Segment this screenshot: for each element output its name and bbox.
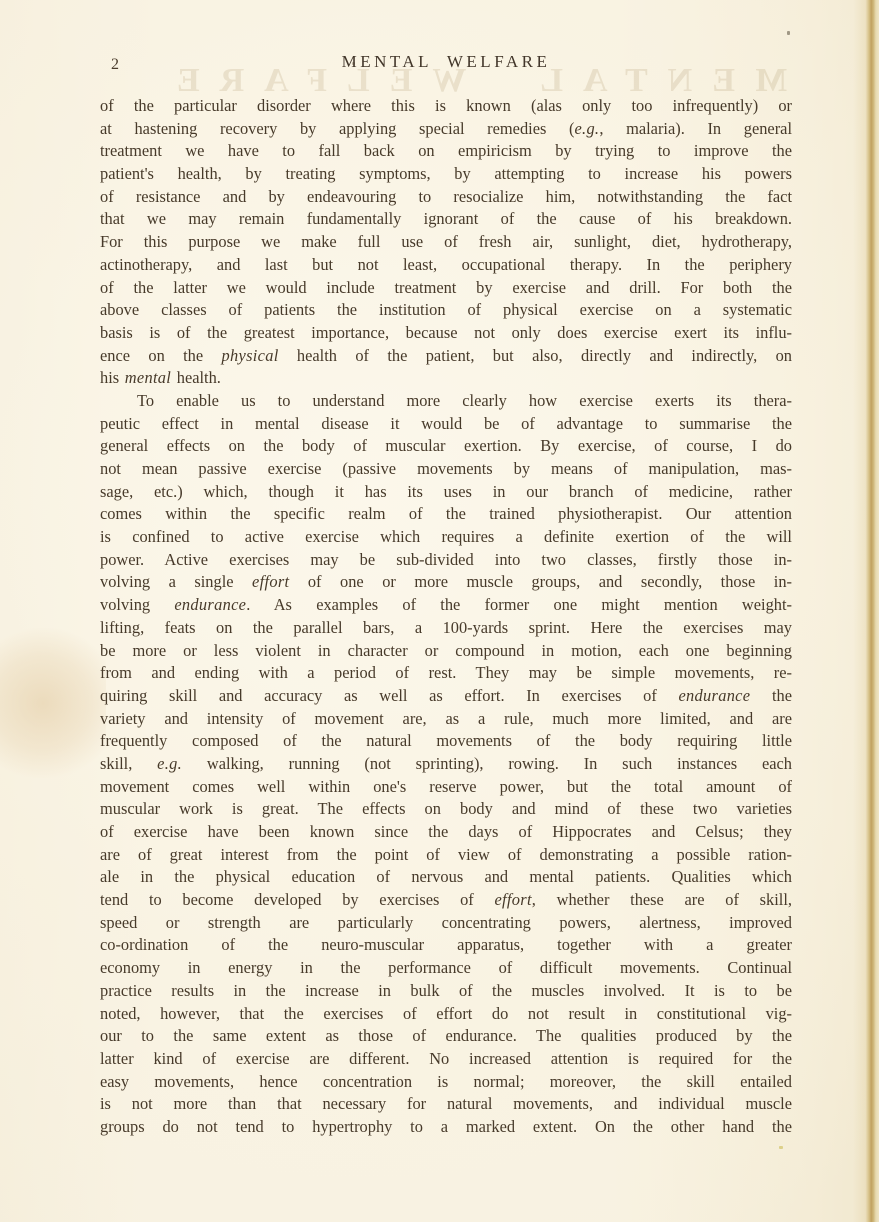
text-line: is not more than that necessary for natu… bbox=[100, 1093, 792, 1116]
running-header: MENTAL WELFARE bbox=[100, 52, 792, 72]
text-line: of resistance and by endeavouring to res… bbox=[100, 186, 792, 209]
paper-stain bbox=[0, 628, 106, 778]
page-fore-edge bbox=[853, 0, 879, 1222]
text-line: co-ordination of the neuro-muscular appa… bbox=[100, 934, 792, 957]
text-line: basis is of the greatest importance, bec… bbox=[100, 322, 792, 345]
text-line: economy in energy in the performance of … bbox=[100, 957, 792, 980]
text-line: that we may remain fundamentally ignoran… bbox=[100, 208, 792, 231]
text-line: movement comes well within one's reserve… bbox=[100, 776, 792, 799]
text-line: lifting, feats on the parallel bars, a 1… bbox=[100, 617, 792, 640]
text-line: not mean passive exercise (passive movem… bbox=[100, 458, 792, 481]
text-line: general effects on the body of muscular … bbox=[100, 435, 792, 458]
text-line: speed or strength are particularly conce… bbox=[100, 912, 792, 935]
text-line: latter kind of exercise are different. N… bbox=[100, 1048, 792, 1071]
text-line: noted, however, that the exercises of ef… bbox=[100, 1003, 792, 1026]
book-page: MENTAL WELFARE 2 MENTAL WELFARE of the p… bbox=[0, 0, 879, 1222]
text-line: To enable us to understand more clearly … bbox=[100, 390, 792, 413]
text-line: at hastening recovery by applying specia… bbox=[100, 118, 792, 141]
text-line: muscular work is great. The effects on b… bbox=[100, 798, 792, 821]
text-line: ale in the physical education of nervous… bbox=[100, 866, 792, 889]
text-line: practice results in the increase in bulk… bbox=[100, 980, 792, 1003]
paper-speck bbox=[779, 1146, 783, 1149]
text-line: variety and intensity of movement are, a… bbox=[100, 708, 792, 731]
text-line: of the particular disorder where this is… bbox=[100, 95, 792, 118]
text-line: For this purpose we make full use of fre… bbox=[100, 231, 792, 254]
text-line: quiring skill and accuracy as well as ef… bbox=[100, 685, 792, 708]
text-line: tend to become developed by exercises of… bbox=[100, 889, 792, 912]
text-line: skill, e.g. walking, running (not sprint… bbox=[100, 753, 792, 776]
paper-speck bbox=[787, 31, 790, 35]
text-line: peutic effect in mental disease it would… bbox=[100, 413, 792, 436]
text-line: sage, etc.) which, though it has its use… bbox=[100, 481, 792, 504]
text-line: his mental health. bbox=[100, 367, 792, 390]
text-line: of exercise have been known since the da… bbox=[100, 821, 792, 844]
text-line: from and ending with a period of rest. T… bbox=[100, 662, 792, 685]
text-line: volving endurance. As examples of the fo… bbox=[100, 594, 792, 617]
text-line: easy movements, hence concentration is n… bbox=[100, 1071, 792, 1094]
text-line: patient's health, by treating symptoms, … bbox=[100, 163, 792, 186]
text-line: actinotherapy, and last but not least, o… bbox=[100, 254, 792, 277]
text-line: ence on the physical health of the patie… bbox=[100, 345, 792, 368]
text-line: of the latter we would include treatment… bbox=[100, 277, 792, 300]
text-line: our to the same extent as those of endur… bbox=[100, 1025, 792, 1048]
text-line: power. Active exercises may be sub-divid… bbox=[100, 549, 792, 572]
text-line: above classes of patients the institutio… bbox=[100, 299, 792, 322]
text-line: are of great interest from the point of … bbox=[100, 844, 792, 867]
text-line: be more or less violent in character or … bbox=[100, 640, 792, 663]
text-line: comes within the specific realm of the t… bbox=[100, 503, 792, 526]
text-line: volving a single effort of one or more m… bbox=[100, 571, 792, 594]
text-line: frequently composed of the natural movem… bbox=[100, 730, 792, 753]
text-line: is confined to active exercise which req… bbox=[100, 526, 792, 549]
text-line: treatment we have to fall back on empiri… bbox=[100, 140, 792, 163]
body-text: of the particular disorder where this is… bbox=[100, 95, 792, 1139]
text-line: groups do not tend to hypertrophy to a m… bbox=[100, 1116, 792, 1139]
